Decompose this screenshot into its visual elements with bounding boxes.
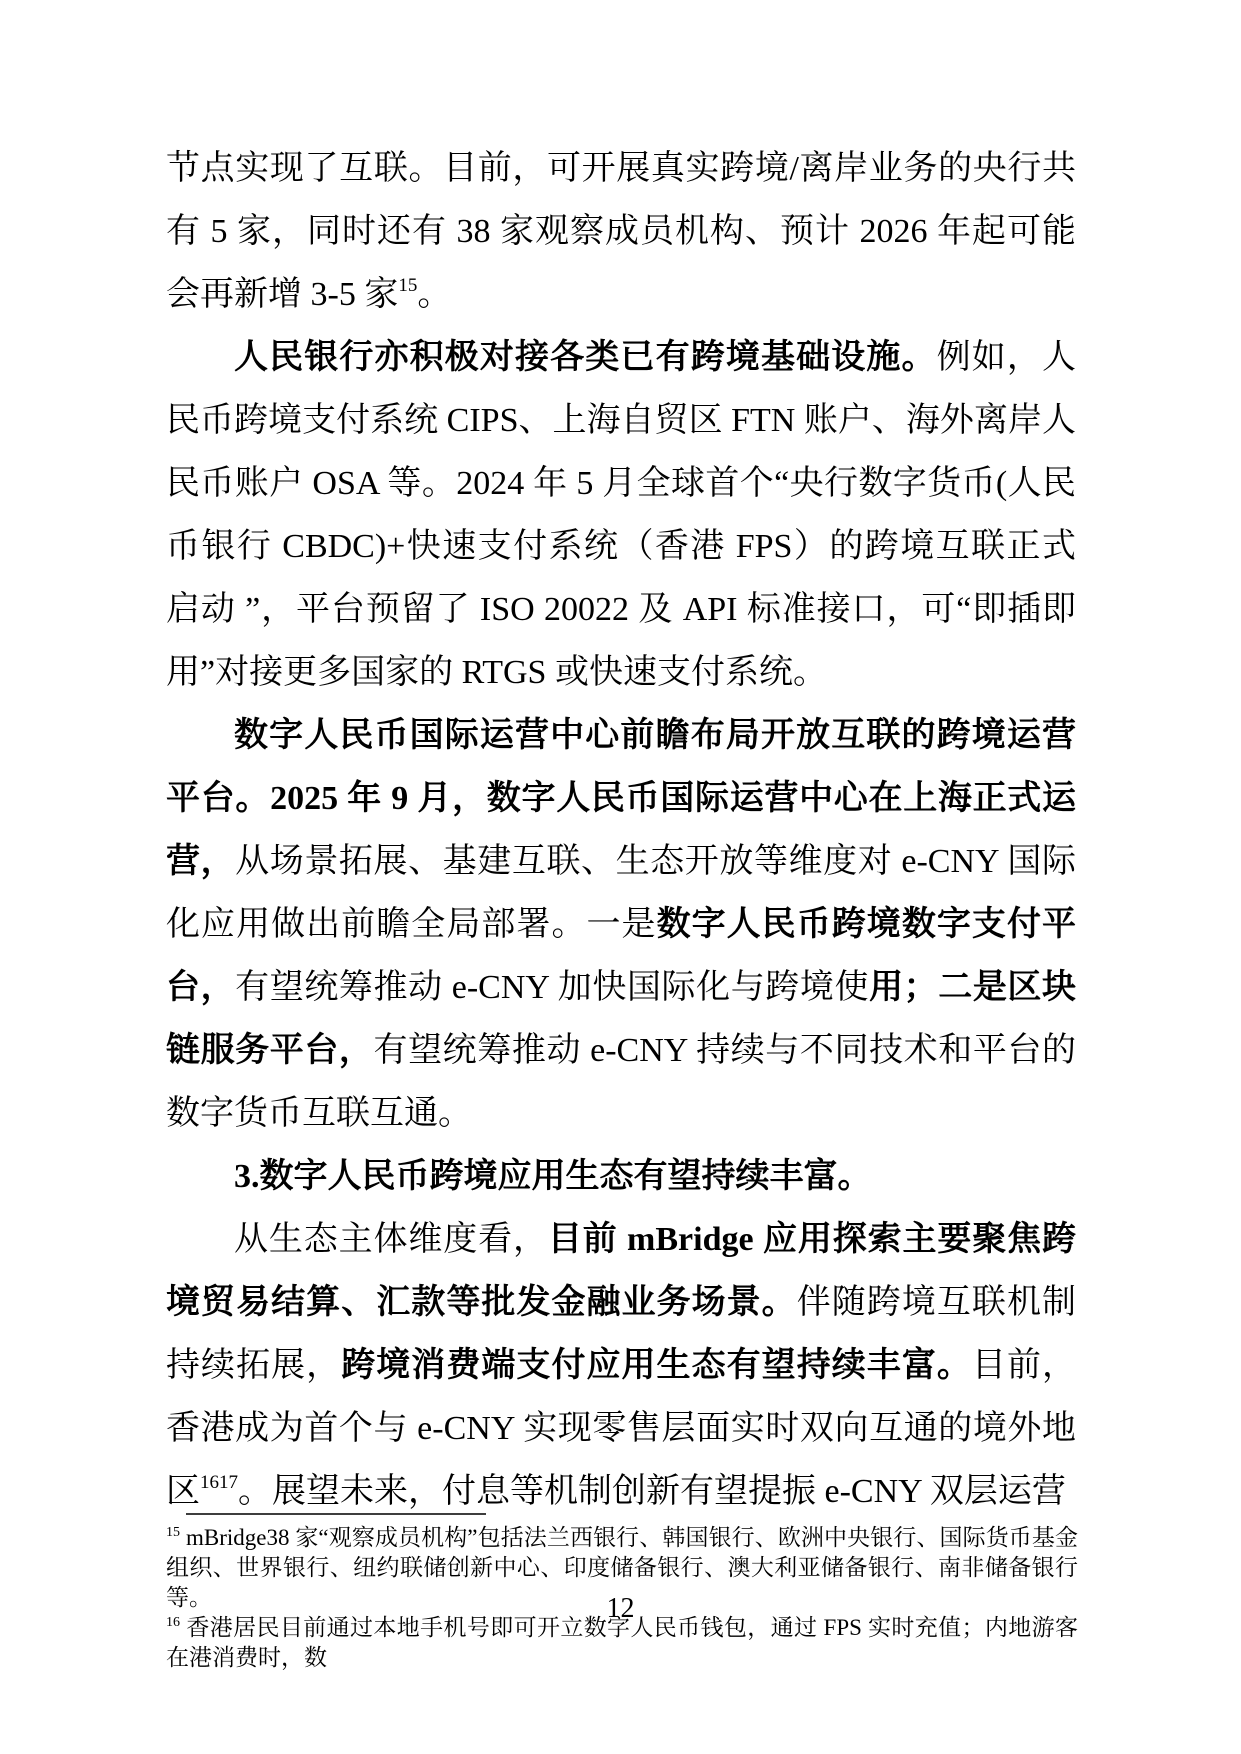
- text-run: 有望统筹推动 e-CNY 加快国际化与跨境使: [235, 969, 869, 1006]
- footnote-reference: 15: [398, 275, 417, 296]
- text-run: 。展望未来，付息等机制创新有望提振 e-CNY 双层运营: [238, 1473, 1066, 1510]
- body-text: 节点实现了互联。目前，可开展真实跨境/离岸业务的央行共有 5 家，同时还有 38…: [166, 137, 1076, 1523]
- footnote-divider: [186, 1513, 486, 1515]
- page-number: 12: [0, 1592, 1241, 1626]
- footnote-marker: 15: [166, 1525, 180, 1540]
- footnote-reference: 1617: [200, 1472, 238, 1493]
- text-run: 。: [417, 276, 451, 313]
- text-run-bold: 3.数字人民币跨境应用生态有望持续丰富。: [234, 1158, 872, 1195]
- text-run: 例如，人民币跨境支付系统 CIPS、上海自贸区 FTN 账户、海外离岸人民币账户…: [166, 339, 1076, 691]
- paragraph: 节点实现了互联。目前，可开展真实跨境/离岸业务的央行共有 5 家，同时还有 38…: [166, 137, 1076, 326]
- paragraph: 3.数字人民币跨境应用生态有望持续丰富。: [166, 1145, 1076, 1208]
- text-run: 从生态主体维度看，: [234, 1221, 548, 1258]
- paragraph: 数字人民币国际运营中心前瞻布局开放互联的跨境运营平台。2025 年 9 月，数字…: [166, 704, 1076, 1145]
- text-run-bold: 人民银行亦积极对接各类已有跨境基础设施。: [234, 339, 937, 376]
- text-run-bold: 跨境消费端支付应用生态有望持续丰富。: [341, 1347, 972, 1384]
- paragraph: 从生态主体维度看，目前 mBridge 应用探索主要聚焦跨境贸易结算、汇款等批发…: [166, 1208, 1076, 1523]
- paragraph: 人民银行亦积极对接各类已有跨境基础设施。例如，人民币跨境支付系统 CIPS、上海…: [166, 326, 1076, 704]
- document-page: 节点实现了互联。目前，可开展真实跨境/离岸业务的央行共有 5 家，同时还有 38…: [0, 0, 1241, 1754]
- text-run: 节点实现了互联。目前，可开展真实跨境/离岸业务的央行共有 5 家，同时还有 38…: [166, 150, 1076, 313]
